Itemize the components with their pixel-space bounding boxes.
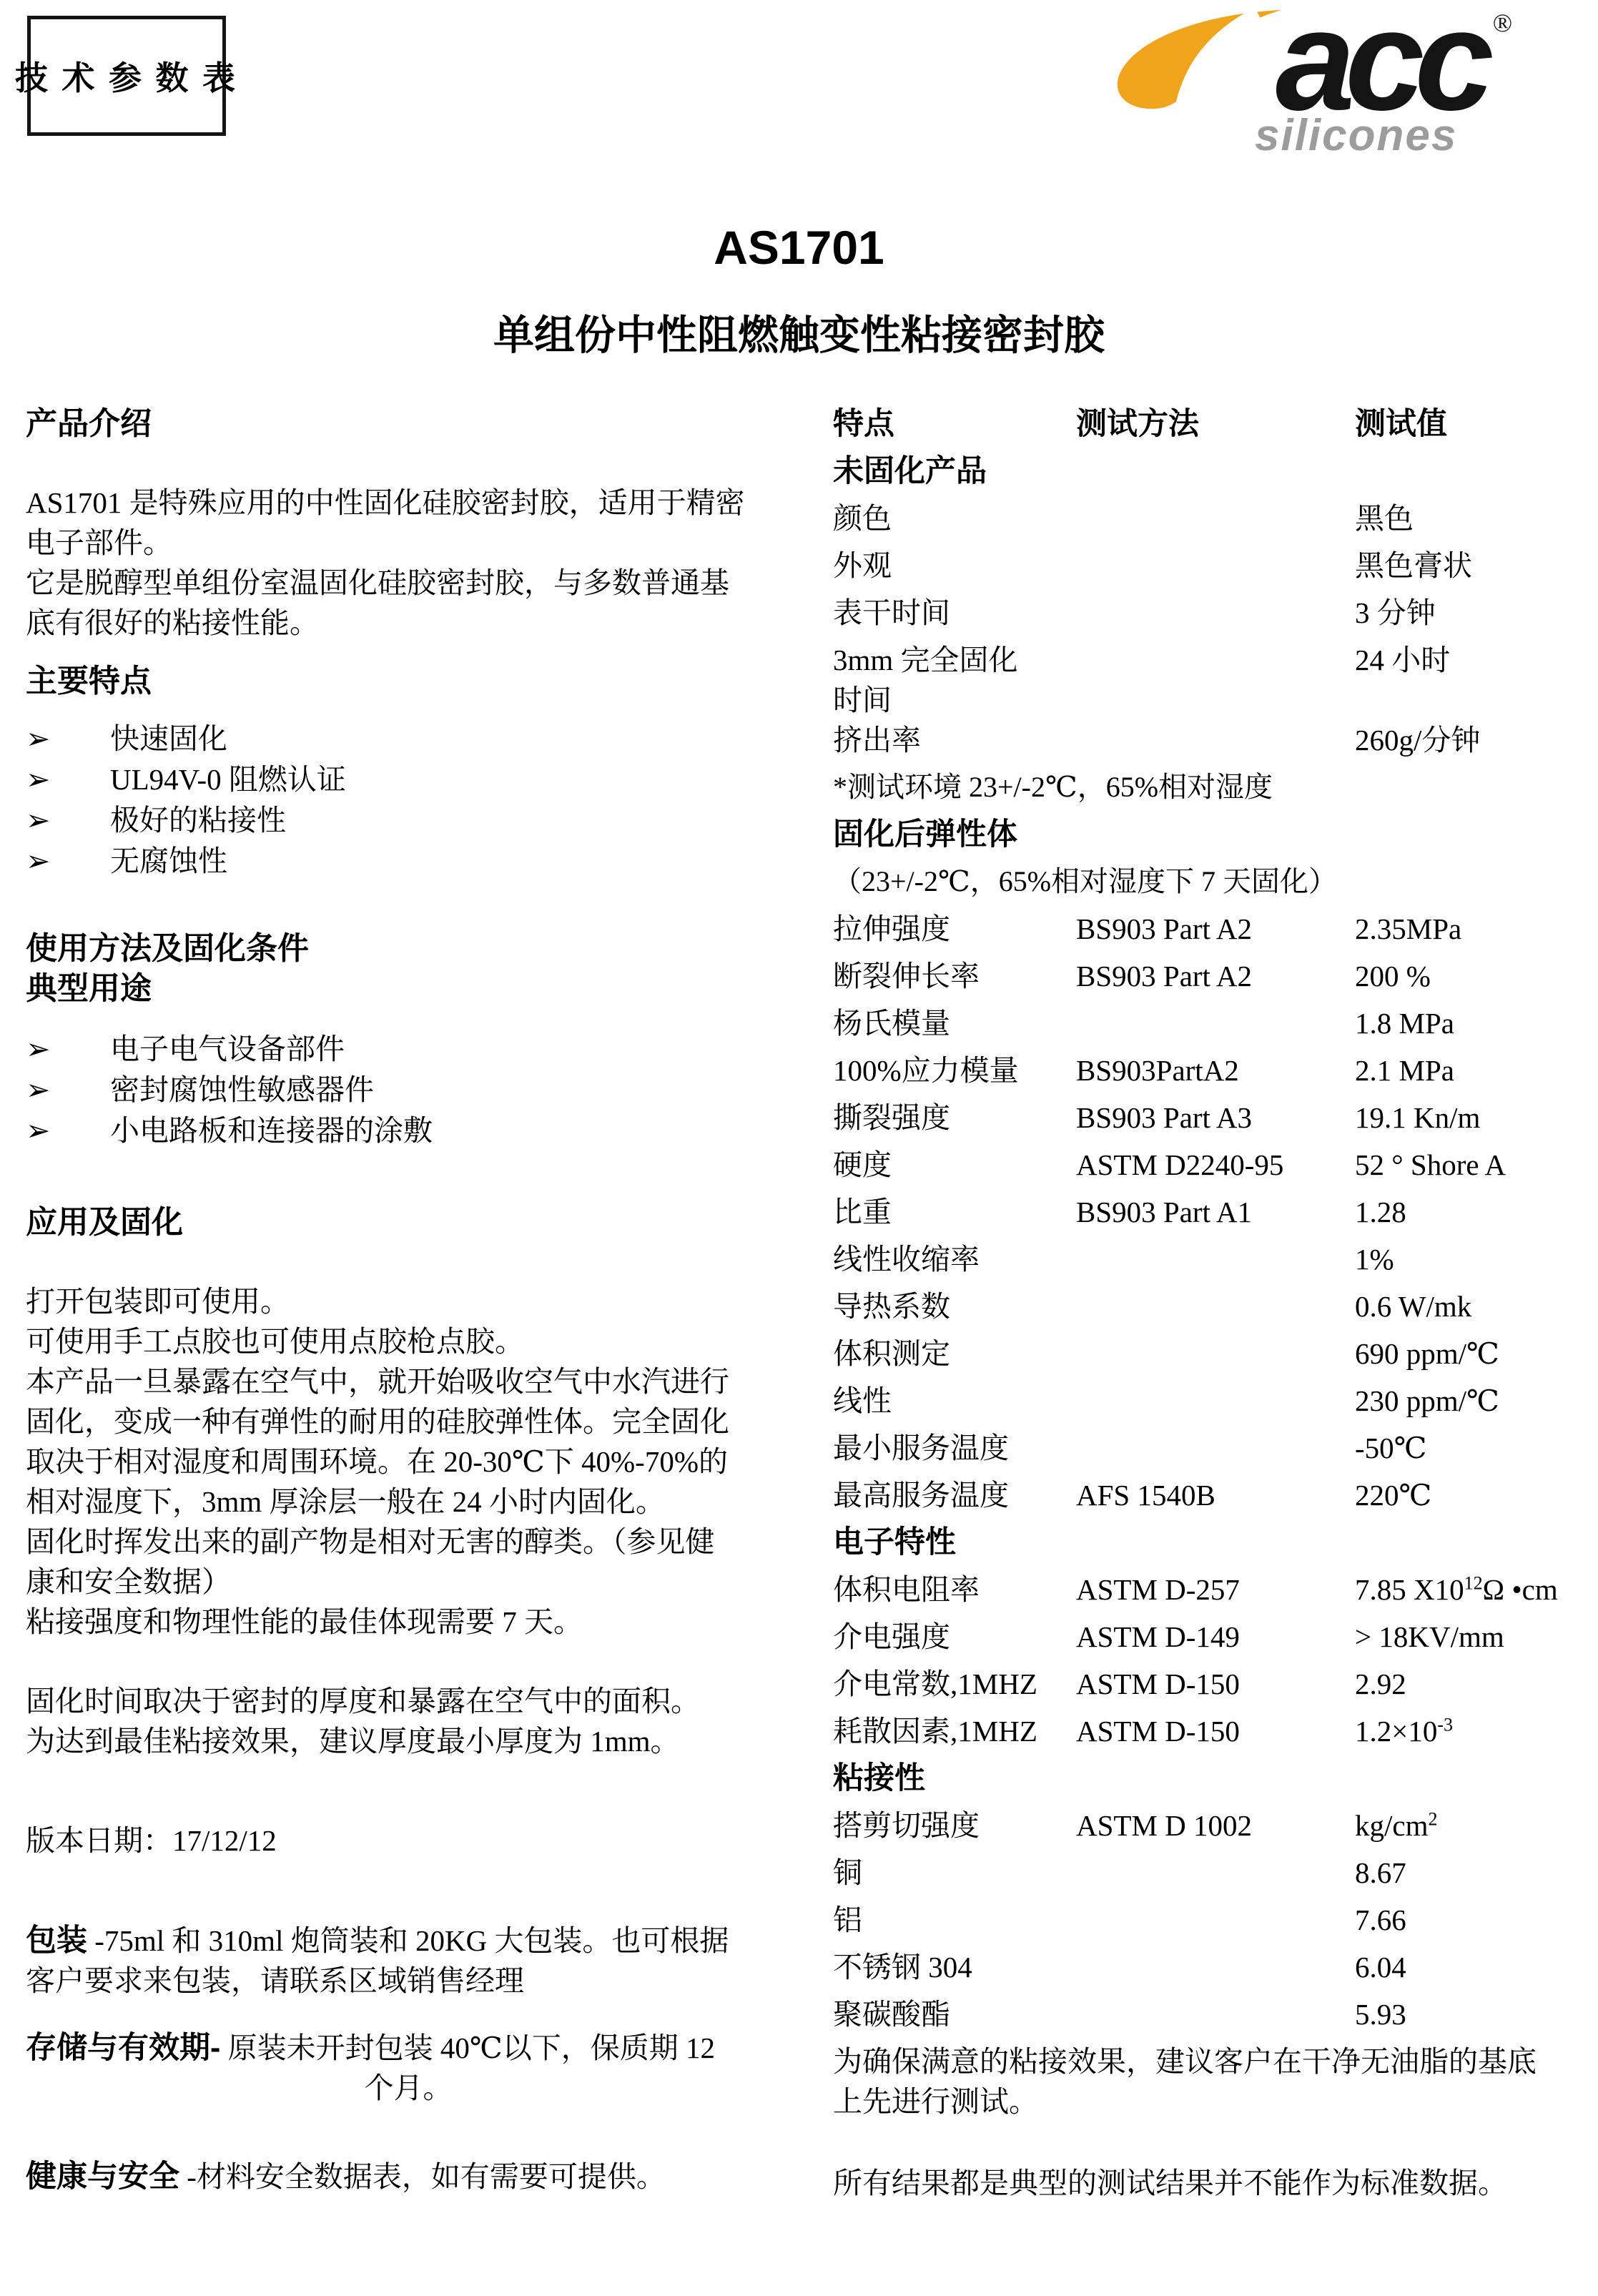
feature-cell: 铜 bbox=[833, 1853, 1076, 1893]
value-cell: 6.04 bbox=[1355, 1947, 1582, 1987]
method-cell: ASTM D 1002 bbox=[1076, 1805, 1355, 1846]
product-code-title: AS1701 bbox=[0, 220, 1598, 275]
feature-name-line2: 时间 bbox=[833, 680, 1076, 720]
method-cell: BS903 Part A1 bbox=[1076, 1192, 1355, 1232]
arrow-bullet-icon: ➢ bbox=[26, 1070, 110, 1110]
table-section-row: 未固化产品 bbox=[833, 451, 1582, 498]
logo-row: acc ® bbox=[1105, 4, 1562, 117]
registered-mark: ® bbox=[1493, 10, 1512, 36]
feature-name: 介电常数,1MHZ bbox=[833, 1664, 1076, 1704]
list-item-label: 小电路板和连接器的涂敷 bbox=[110, 1110, 791, 1151]
table-row: 耗散因素,1MHZASTM D-1501.2×10-3 bbox=[833, 1711, 1582, 1758]
value-text: 6.04 bbox=[1355, 1951, 1406, 1984]
feature-cell: 最小服务温度 bbox=[833, 1428, 1076, 1468]
value-superscript: -3 bbox=[1437, 1714, 1453, 1735]
method-cell: ASTM D-149 bbox=[1076, 1617, 1355, 1657]
health-label: 健康与安全 bbox=[26, 2159, 179, 2194]
value-text: 7.66 bbox=[1355, 1903, 1406, 1936]
table-section-row: 粘接性 bbox=[833, 1758, 1582, 1805]
list-item-label: 极好的粘接性 bbox=[110, 800, 791, 841]
value-text: 3 分钟 bbox=[1355, 596, 1436, 629]
value-text: 2.92 bbox=[1355, 1667, 1406, 1700]
features-heading: 主要特点 bbox=[26, 661, 791, 701]
table-note: *测试环境 23+/-2℃，65%相对湿度 bbox=[833, 767, 1273, 807]
feature-cell: 铝 bbox=[833, 1900, 1076, 1940]
cure-time-paragraph: 固化时间取决于密封的厚度和暴露在空气中的面积。为达到最佳粘接效果，建议厚度最小厚… bbox=[26, 1681, 791, 1761]
feature-cell: 外观 bbox=[833, 546, 1076, 586]
value-cell: 19.1 Kn/m bbox=[1355, 1098, 1582, 1138]
table-note: （23+/-2℃，65%相对湿度下 7 天固化） bbox=[833, 862, 1337, 902]
value-cell: 1.28 bbox=[1355, 1192, 1582, 1232]
feature-name: 杨氏模量 bbox=[833, 1003, 1076, 1043]
table-row: 线性230 ppm/℃ bbox=[833, 1381, 1582, 1428]
feature-cell: 挤出率 bbox=[833, 720, 1076, 760]
table-row: 铜8.67 bbox=[833, 1853, 1582, 1900]
packaging-line: 包装 -75ml 和 310ml 炮筒装和 20KG 大包装。也可根据 bbox=[26, 1921, 791, 1961]
value-cell: 2.1 MPa bbox=[1355, 1050, 1582, 1090]
method-cell: BS903 Part A2 bbox=[1076, 909, 1355, 949]
value-text: 52 ° Shore A bbox=[1355, 1148, 1506, 1181]
value-cell: 黑色 bbox=[1355, 498, 1582, 538]
value-text: 1.8 MPa bbox=[1355, 1007, 1454, 1040]
list-item-label: 无腐蚀性 bbox=[110, 841, 791, 882]
value-cell: 5.93 bbox=[1355, 1994, 1582, 2034]
table-section-row: 电子特性 bbox=[833, 1522, 1582, 1570]
intro-paragraph: AS1701 是特殊应用的中性固化硅胶密封胶，适用于精密电子部件。它是脱醇型单组… bbox=[26, 483, 791, 643]
value-text: 690 ppm/℃ bbox=[1355, 1337, 1499, 1370]
feature-cell: 体积测定 bbox=[833, 1334, 1076, 1374]
table-row: 拉伸强度BS903 Part A22.35MPa bbox=[833, 909, 1582, 956]
results-footnote: 所有结果都是典型的测试结果并不能作为标准数据。 bbox=[833, 2163, 1582, 2203]
text-line: 它是脱醇型单组份室温固化硅胶密封胶，与多数普通基 bbox=[26, 563, 791, 603]
feature-name: 断裂伸长率 bbox=[833, 956, 1076, 996]
value-cell: -50℃ bbox=[1355, 1428, 1582, 1468]
list-item-label: 电子电气设备部件 bbox=[110, 1029, 791, 1070]
feature-cell: 硬度 bbox=[833, 1145, 1076, 1185]
table-row: 颜色黑色 bbox=[833, 498, 1582, 546]
value-text: 2.1 MPa bbox=[1355, 1054, 1454, 1087]
list-item-label: UL94V-0 阻燃认证 bbox=[110, 759, 791, 800]
method-cell: AFS 1540B bbox=[1076, 1475, 1355, 1515]
text-line: 打开包装即可使用。 bbox=[26, 1281, 791, 1321]
value-cell: > 18KV/mm bbox=[1355, 1617, 1582, 1657]
feature-cell: 拉伸强度 bbox=[833, 909, 1076, 949]
table-row: 介电常数,1MHZASTM D-1502.92 bbox=[833, 1664, 1582, 1711]
table-row: 最小服务温度-50℃ bbox=[833, 1428, 1582, 1475]
header-method: 测试方法 bbox=[1076, 404, 1355, 451]
arrow-bullet-icon: ➢ bbox=[26, 1110, 110, 1151]
packaging-label: 包装 bbox=[26, 1923, 87, 1958]
text-line: 康和安全数据） bbox=[26, 1562, 791, 1602]
arrow-bullet-icon: ➢ bbox=[26, 759, 110, 800]
feature-cell: 杨氏模量 bbox=[833, 1003, 1076, 1043]
method-cell: BS903 Part A3 bbox=[1076, 1098, 1355, 1138]
value-superscript: 2 bbox=[1428, 1808, 1437, 1829]
feature-cell: 介电强度 bbox=[833, 1617, 1076, 1657]
value-cell: 8.67 bbox=[1355, 1853, 1582, 1893]
feature-name: 不锈钢 304 bbox=[833, 1947, 1076, 1987]
value-cell: 2.35MPa bbox=[1355, 909, 1582, 949]
typical-uses-heading: 典型用途 bbox=[26, 969, 791, 1009]
value-cell: 52 ° Shore A bbox=[1355, 1145, 1582, 1185]
left-column: 产品介绍 AS1701 是特殊应用的中性固化硅胶密封胶，适用于精密电子部件。它是… bbox=[26, 404, 791, 2197]
feature-cell: 不锈钢 304 bbox=[833, 1947, 1076, 1987]
feature-name: 体积电阻率 bbox=[833, 1570, 1076, 1610]
feature-name: 体积测定 bbox=[833, 1334, 1076, 1374]
feature-name: 导热系数 bbox=[833, 1286, 1076, 1326]
feature-cell: 体积电阻率 bbox=[833, 1570, 1076, 1610]
list-item: ➢快速固化 bbox=[26, 719, 791, 759]
table-row: 挤出率260g/分钟 bbox=[833, 720, 1582, 767]
feature-name: 硬度 bbox=[833, 1145, 1076, 1185]
storage-line: 存储与有效期- 原装未开封包装 40℃以下，保质期 12 bbox=[26, 2028, 791, 2068]
table-row: 3mm 完全固化时间24 小时 bbox=[833, 640, 1582, 720]
value-cell: 200 % bbox=[1355, 956, 1582, 996]
parameters-table: 特点 测试方法 测试值 未固化产品颜色黑色外观黑色膏状表干时间3 分钟3mm 完… bbox=[833, 404, 1582, 2041]
storage-paragraph: 存储与有效期- 原装未开封包装 40℃以下，保质期 12 个月。 bbox=[26, 2028, 791, 2108]
list-item: ➢电子电气设备部件 bbox=[26, 1029, 791, 1070]
product-subtitle: 单组份中性阻燃触变性粘接密封胶 bbox=[0, 302, 1598, 361]
feature-name: 耗散因素,1MHZ bbox=[833, 1711, 1076, 1751]
list-item: ➢极好的粘接性 bbox=[26, 800, 791, 841]
table-row: 硬度ASTM D2240-9552 ° Shore A bbox=[833, 1145, 1582, 1192]
value-text: > 18KV/mm bbox=[1355, 1620, 1504, 1653]
usage-heading: 使用方法及固化条件 bbox=[26, 929, 791, 969]
table-section-heading: 粘接性 bbox=[833, 1758, 925, 1798]
brand-wordmark: acc bbox=[1276, 4, 1484, 117]
feature-cell: 撕裂强度 bbox=[833, 1098, 1076, 1138]
intro-heading: 产品介绍 bbox=[26, 404, 791, 444]
feature-name: 100%应力模量 bbox=[833, 1050, 1076, 1090]
list-item: ➢密封腐蚀性敏感器件 bbox=[26, 1070, 791, 1110]
table-note-row: *测试环境 23+/-2℃，65%相对湿度 bbox=[833, 767, 1582, 814]
table-row: 表干时间3 分钟 bbox=[833, 593, 1582, 640]
table-note-row: （23+/-2℃，65%相对湿度下 7 天固化） bbox=[833, 862, 1582, 909]
text-line: 电子部件。 bbox=[26, 523, 791, 563]
table-row: 介电强度ASTM D-149> 18KV/mm bbox=[833, 1617, 1582, 1664]
feature-name: 最高服务温度 bbox=[833, 1475, 1076, 1515]
value-cell: 1.2×10-3 bbox=[1355, 1711, 1582, 1751]
value-cell: 7.66 bbox=[1355, 1900, 1582, 1940]
method-cell: ASTM D-150 bbox=[1076, 1664, 1355, 1704]
text-line: 相对湿度下，3mm 厚涂层一般在 24 小时内固化。 bbox=[26, 1482, 791, 1522]
text-line: 取决于相对湿度和周围环境。在 20-30℃下 40%-70%的 bbox=[26, 1442, 791, 1482]
table-row: 搭剪切强度ASTM D 1002kg/cm2 bbox=[833, 1805, 1582, 1853]
feature-name: 拉伸强度 bbox=[833, 909, 1076, 949]
storage-text: 原装未开封包装 40℃以下，保质期 12 bbox=[220, 2031, 715, 2064]
value-text: 5.93 bbox=[1355, 1998, 1406, 2031]
text-line: 固化时间取决于密封的厚度和暴露在空气中的面积。 bbox=[26, 1681, 791, 1721]
packaging-line2: 客户要求来包装，请联系区域销售经理 bbox=[26, 1961, 791, 2001]
method-cell: ASTM D-150 bbox=[1076, 1711, 1355, 1751]
datasheet-page: 技 术 参 数 表 acc ® silicones AS1701 单组份中性阻燃… bbox=[0, 0, 1598, 2296]
feature-name: 撕裂强度 bbox=[833, 1098, 1076, 1138]
value-cell: 2.92 bbox=[1355, 1664, 1582, 1704]
feature-cell: 介电常数,1MHZ bbox=[833, 1664, 1076, 1704]
method-cell: BS903 Part A2 bbox=[1076, 956, 1355, 996]
list-item: ➢小电路板和连接器的涂敷 bbox=[26, 1110, 791, 1151]
value-cell: 1% bbox=[1355, 1239, 1582, 1279]
adhesion-footnote: 为确保满意的粘接效果，建议客户在干净无油脂的基底上先进行测试。 bbox=[833, 2041, 1582, 2122]
feature-name: 最小服务温度 bbox=[833, 1428, 1076, 1468]
value-text: 230 ppm/℃ bbox=[1355, 1384, 1499, 1417]
text-line: 为确保满意的粘接效果，建议客户在干净无油脂的基底 bbox=[833, 2041, 1582, 2081]
feature-cell: 断裂伸长率 bbox=[833, 956, 1076, 996]
feature-name: 线性收缩率 bbox=[833, 1239, 1076, 1279]
feature-cell: 导热系数 bbox=[833, 1286, 1076, 1326]
storage-line2: 个月。 bbox=[26, 2068, 791, 2108]
brand-logo: acc ® silicones bbox=[1105, 4, 1562, 161]
arrow-bullet-icon: ➢ bbox=[26, 719, 110, 759]
feature-cell: 比重 bbox=[833, 1192, 1076, 1232]
value-cell: 7.85 X1012Ω •cm bbox=[1355, 1570, 1582, 1610]
method-cell: BS903PartA2 bbox=[1076, 1050, 1355, 1090]
table-row: 导热系数0.6 W/mk bbox=[833, 1286, 1582, 1334]
list-item-label: 密封腐蚀性敏感器件 bbox=[110, 1070, 791, 1110]
text-line: 上先进行测试。 bbox=[833, 2081, 1582, 2122]
table-row: 比重BS903 Part A11.28 bbox=[833, 1192, 1582, 1239]
value-text: 19.1 Kn/m bbox=[1355, 1101, 1480, 1134]
text-line: 粘接强度和物理性能的最佳体现需要 7 天。 bbox=[26, 1602, 791, 1642]
version-date-line: 版本日期：17/12/12 bbox=[26, 1820, 791, 1861]
table-header-row: 特点 测试方法 测试值 bbox=[833, 404, 1582, 451]
value-cell: 3 分钟 bbox=[1355, 593, 1582, 633]
table-row: 100%应力模量BS903PartA22.1 MPa bbox=[833, 1050, 1582, 1098]
health-text: -材料安全数据表，如有需要可提供。 bbox=[179, 2160, 666, 2193]
value-cell: 690 ppm/℃ bbox=[1355, 1334, 1582, 1374]
feature-name: 线性 bbox=[833, 1381, 1076, 1421]
typical-uses-list: ➢电子电气设备部件➢密封腐蚀性敏感器件➢小电路板和连接器的涂敷 bbox=[26, 1029, 791, 1151]
application-heading: 应用及固化 bbox=[26, 1203, 791, 1243]
value-text: 1.28 bbox=[1355, 1196, 1406, 1228]
text-line: 可使用手工点胶也可使用点胶枪点胶。 bbox=[26, 1321, 791, 1361]
feature-name: 搭剪切强度 bbox=[833, 1805, 1076, 1846]
table-row: 不锈钢 3046.04 bbox=[833, 1947, 1582, 1994]
packaging-text: -75ml 和 310ml 炮筒装和 20KG 大包装。也可根据 bbox=[87, 1924, 729, 1957]
header-feature: 特点 bbox=[833, 404, 1076, 451]
stamp-box: 技 术 参 数 表 bbox=[27, 16, 226, 136]
table-row: 外观黑色膏状 bbox=[833, 546, 1582, 593]
value-cell: 黑色膏状 bbox=[1355, 546, 1582, 586]
value-cell: 0.6 W/mk bbox=[1355, 1286, 1582, 1326]
value-cell: 24 小时 bbox=[1355, 640, 1582, 680]
value-text: 8.67 bbox=[1355, 1856, 1406, 1889]
value-text: 1% bbox=[1355, 1243, 1394, 1276]
feature-name: 介电强度 bbox=[833, 1617, 1076, 1657]
value-text: 黑色膏状 bbox=[1355, 549, 1472, 582]
value-text: -50℃ bbox=[1355, 1432, 1427, 1464]
feature-name: 铝 bbox=[833, 1900, 1076, 1940]
value-cell: 230 ppm/℃ bbox=[1355, 1381, 1582, 1421]
arrow-bullet-icon: ➢ bbox=[26, 1029, 110, 1070]
value-unit: Ω •cm bbox=[1483, 1573, 1558, 1606]
value-cell: 260g/分钟 bbox=[1355, 720, 1582, 760]
text-line: AS1701 是特殊应用的中性固化硅胶密封胶，适用于精密 bbox=[26, 483, 791, 523]
value-text: 260g/分钟 bbox=[1355, 724, 1480, 757]
feature-cell: 线性收缩率 bbox=[833, 1239, 1076, 1279]
leaf-swoosh-icon bbox=[1105, 4, 1287, 117]
feature-cell: 搭剪切强度 bbox=[833, 1805, 1076, 1846]
table-row: 断裂伸长率BS903 Part A2200 % bbox=[833, 956, 1582, 1003]
feature-cell: 3mm 完全固化时间 bbox=[833, 640, 1076, 720]
health-paragraph: 健康与安全 -材料安全数据表，如有需要可提供。 bbox=[26, 2157, 791, 2197]
table-section-heading: 固化后弹性体 bbox=[833, 814, 1017, 854]
method-cell: ASTM D2240-95 bbox=[1076, 1145, 1355, 1185]
arrow-bullet-icon: ➢ bbox=[26, 800, 110, 841]
feature-cell: 表干时间 bbox=[833, 593, 1076, 633]
table-row: 最高服务温度AFS 1540B220℃ bbox=[833, 1475, 1582, 1522]
value-text: 200 % bbox=[1355, 960, 1431, 992]
value-text: 220℃ bbox=[1355, 1479, 1431, 1512]
feature-cell: 耗散因素,1MHZ bbox=[833, 1711, 1076, 1751]
value-text: 7.85 X10 bbox=[1355, 1573, 1464, 1606]
list-item: ➢无腐蚀性 bbox=[26, 841, 791, 882]
text-line: 本产品一旦暴露在空气中，就开始吸收空气中水汽进行 bbox=[26, 1361, 791, 1401]
table-row: 线性收缩率1% bbox=[833, 1239, 1582, 1286]
right-column: 特点 测试方法 测试值 未固化产品颜色黑色外观黑色膏状表干时间3 分钟3mm 完… bbox=[833, 404, 1582, 2203]
table-section-row: 固化后弹性体 bbox=[833, 814, 1582, 862]
application-paragraph: 打开包装即可使用。可使用手工点胶也可使用点胶枪点胶。本产品一旦暴露在空气中，就开… bbox=[26, 1281, 791, 1642]
feature-name: 3mm 完全固化 bbox=[833, 640, 1076, 680]
table-row: 体积电阻率ASTM D-2577.85 X1012Ω •cm bbox=[833, 1570, 1582, 1617]
table-section-heading: 未固化产品 bbox=[833, 451, 987, 491]
feature-cell: 100%应力模量 bbox=[833, 1050, 1076, 1090]
feature-cell: 线性 bbox=[833, 1381, 1076, 1421]
list-item-label: 快速固化 bbox=[110, 719, 791, 759]
text-line: 底有很好的粘接性能。 bbox=[26, 603, 791, 643]
arrow-bullet-icon: ➢ bbox=[26, 841, 110, 882]
value-superscript: 12 bbox=[1464, 1572, 1483, 1593]
features-list: ➢快速固化➢UL94V-0 阻燃认证➢极好的粘接性➢无腐蚀性 bbox=[26, 719, 791, 882]
value-cell: 220℃ bbox=[1355, 1475, 1582, 1515]
table-row: 聚碳酸酯5.93 bbox=[833, 1994, 1582, 2041]
feature-cell: 聚碳酸酯 bbox=[833, 1994, 1076, 2034]
feature-name: 比重 bbox=[833, 1192, 1076, 1232]
subbrand-wordmark: silicones bbox=[1105, 110, 1562, 161]
packaging-paragraph: 包装 -75ml 和 310ml 炮筒装和 20KG 大包装。也可根据 客户要求… bbox=[26, 1921, 791, 2001]
text-line: 固化，变成一种有弹性的耐用的硅胶弹性体。完全固化 bbox=[26, 1401, 791, 1442]
feature-cell: 颜色 bbox=[833, 498, 1076, 538]
value-text: kg/cm bbox=[1355, 1809, 1428, 1842]
feature-name: 颜色 bbox=[833, 498, 1076, 538]
list-item: ➢UL94V-0 阻燃认证 bbox=[26, 759, 791, 800]
value-text: 24 小时 bbox=[1355, 644, 1450, 676]
table-section-heading: 电子特性 bbox=[833, 1522, 956, 1562]
feature-name: 聚碳酸酯 bbox=[833, 1994, 1076, 2034]
method-cell: ASTM D-257 bbox=[1076, 1570, 1355, 1610]
table-row: 体积测定690 ppm/℃ bbox=[833, 1334, 1582, 1381]
value-text: 2.35MPa bbox=[1355, 912, 1461, 945]
feature-name: 外观 bbox=[833, 546, 1076, 586]
value-cell: 1.8 MPa bbox=[1355, 1003, 1582, 1043]
table-row: 杨氏模量1.8 MPa bbox=[833, 1003, 1582, 1050]
table-row: 铝7.66 bbox=[833, 1900, 1582, 1947]
feature-name: 挤出率 bbox=[833, 720, 1076, 760]
text-line: 为达到最佳粘接效果，建议厚度最小厚度为 1mm。 bbox=[26, 1721, 791, 1761]
header-value: 测试值 bbox=[1355, 404, 1582, 451]
storage-label: 存储与有效期- bbox=[26, 2031, 220, 2065]
value-text: 黑色 bbox=[1355, 502, 1414, 535]
usage-headings: 使用方法及固化条件 典型用途 bbox=[26, 929, 791, 1009]
feature-name: 表干时间 bbox=[833, 593, 1076, 633]
feature-cell: 最高服务温度 bbox=[833, 1475, 1076, 1515]
feature-name: 铜 bbox=[833, 1853, 1076, 1893]
text-line: 固化时挥发出来的副产物是相对无害的醇类。（参见健 bbox=[26, 1522, 791, 1562]
table-row: 撕裂强度BS903 Part A319.1 Kn/m bbox=[833, 1098, 1582, 1145]
value-text: 0.6 W/mk bbox=[1355, 1290, 1471, 1323]
value-cell: kg/cm2 bbox=[1355, 1805, 1582, 1846]
value-text: 1.2×10 bbox=[1355, 1715, 1437, 1748]
